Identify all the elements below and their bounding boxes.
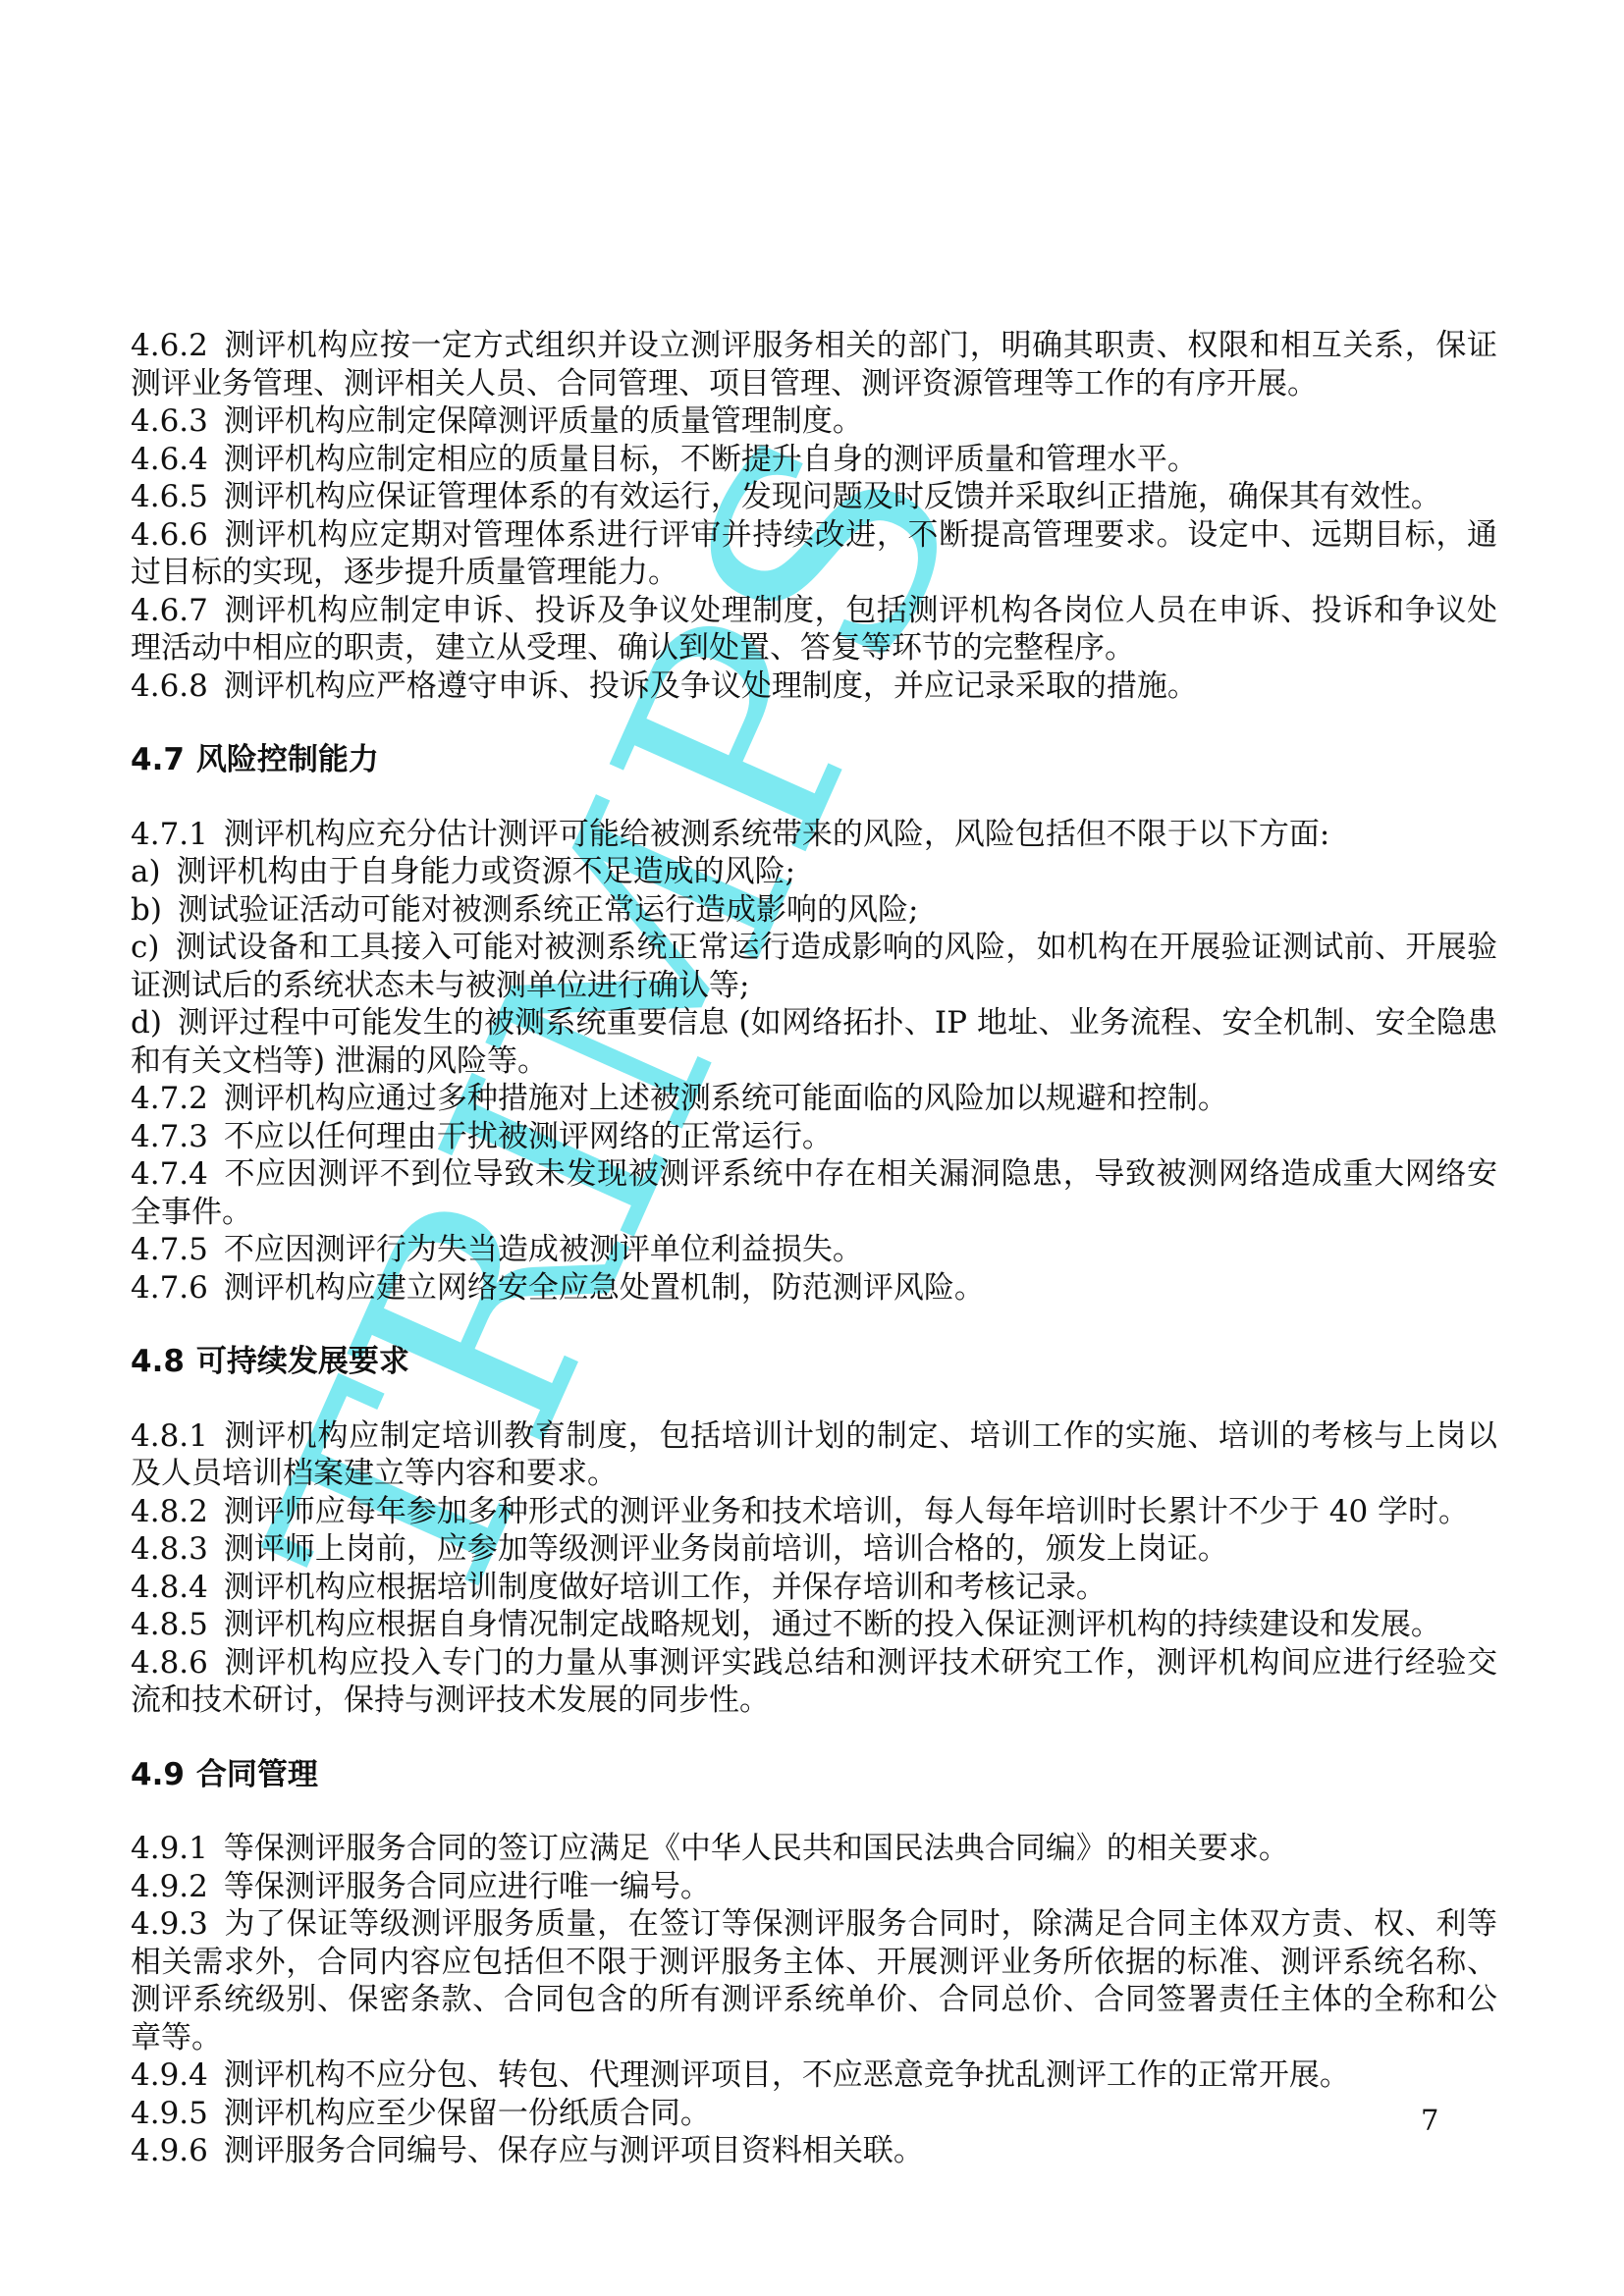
clause: 4.7.3不应以任何理由干扰被测评网络的正常运行。 <box>131 1118 1497 1156</box>
clause-number: 4.9.2 <box>131 1869 224 1904</box>
clause: 4.8.2测评师应每年参加多种形式的测评业务和技术培训，每人每年培训时长累计不少… <box>131 1493 1497 1531</box>
clause-number: 4.6.8 <box>131 668 224 704</box>
section-title: 可持续发展要求 <box>196 1344 409 1379</box>
clause-number: b) <box>131 892 178 928</box>
clause: 4.6.2测评机构应按一定方式组织并设立测评服务相关的部门，明确其职责、权限和相… <box>131 327 1497 402</box>
clause-number: 4.8.4 <box>131 1570 224 1605</box>
clause: 4.6.4测评机构应制定相应的质量目标，不断提升自身的测评质量和管理水平。 <box>131 441 1497 479</box>
clause-text: 不应因测评不到位导致未发现被测评系统中存在相关漏洞隐患，导致被测网络造成重大网络… <box>131 1156 1497 1230</box>
clause-number: 4.8.2 <box>131 1494 224 1529</box>
section-heading: 4.7风险控制能力 <box>131 741 1497 779</box>
clause: 4.8.3测评师上岗前，应参加等级测评业务岗前培训，培训合格的，颁发上岗证。 <box>131 1530 1497 1569</box>
clause: 4.8.1测评机构应制定培训教育制度，包括培训计划的制定、培训工作的实施、培训的… <box>131 1417 1497 1493</box>
clause: 4.9.6测评服务合同编号、保存应与测评项目资料相关联。 <box>131 2132 1497 2170</box>
section-heading: 4.9合同管理 <box>131 1756 1497 1794</box>
clause-text: 测评机构应制定保障测评质量的质量管理制度。 <box>224 403 863 439</box>
clause-text: 测评师上岗前，应参加等级测评业务岗前培训，培训合格的，颁发上岗证。 <box>224 1531 1228 1567</box>
clause-text: 测评师应每年参加多种形式的测评业务和技术培训，每人每年培训时长累计不少于 40 … <box>224 1494 1469 1529</box>
clause-text: 不应因测评行为失当造成被测评单位利益损失。 <box>224 1232 863 1267</box>
section-title: 风险控制能力 <box>196 742 379 777</box>
clause-number: 4.6.7 <box>131 593 224 628</box>
clause: 4.6.8测评机构应严格遵守申诉、投诉及争议处理制度，并应记录采取的措施。 <box>131 667 1497 706</box>
clause-number: 4.7.5 <box>131 1232 224 1267</box>
clause-number: 4.9.1 <box>131 1831 224 1866</box>
clause-number: 4.9.5 <box>131 2096 224 2131</box>
clause: 4.9.5测评机构应至少保留一份纸质合同。 <box>131 2095 1497 2133</box>
clause-text: 测评机构应制定相应的质量目标，不断提升自身的测评质量和管理水平。 <box>224 442 1198 477</box>
clause-text: 测评机构应定期对管理体系进行评审并持续改进，不断提高管理要求。设定中、远期目标，… <box>131 517 1497 591</box>
clause: 4.7.5不应因测评行为失当造成被测评单位利益损失。 <box>131 1231 1497 1269</box>
clause-text: 测评机构不应分包、转包、代理测评项目，不应恶意竞争扰乱测评工作的正常开展。 <box>224 2057 1350 2093</box>
clause-number: 4.6.5 <box>131 479 224 514</box>
clause-text: 测评机构应制定培训教育制度，包括培训计划的制定、培训工作的实施、培训的考核与上岗… <box>131 1418 1497 1492</box>
clause-number: 4.6.6 <box>131 517 224 553</box>
clause-number: 4.9.3 <box>131 1906 224 1942</box>
clause: 4.9.3为了保证等级测评服务质量，在签订等保测评服务合同时，除满足合同主体双方… <box>131 1905 1497 2056</box>
clause-text: 为了保证等级测评服务质量，在签订等保测评服务合同时，除满足合同主体双方责、权、利… <box>131 1906 1497 2056</box>
clause: d)测评过程中可能发生的被测系统重要信息 (如网络拓扑、IP 地址、业务流程、安… <box>131 1004 1497 1080</box>
clause-text: 测评机构应至少保留一份纸质合同。 <box>224 2096 711 2131</box>
clause: 4.9.4测评机构不应分包、转包、代理测评项目，不应恶意竞争扰乱测评工作的正常开… <box>131 2056 1497 2095</box>
clause-number: c) <box>131 930 175 965</box>
clause-number: 4.9.6 <box>131 2133 224 2168</box>
clause: 4.7.2测评机构应通过多种措施对上述被测系统可能面临的风险加以规避和控制。 <box>131 1080 1497 1118</box>
clause-text: 测试验证活动可能对被测系统正常运行造成影响的风险; <box>178 892 918 928</box>
clause-number: d) <box>131 1005 178 1041</box>
clause: 4.8.4测评机构应根据培训制度做好培训工作，并保存培训和考核记录。 <box>131 1569 1497 1607</box>
clause-text: 测评机构应按一定方式组织并设立测评服务相关的部门，明确其职责、权限和相互关系，保… <box>131 328 1497 401</box>
clause-number: 4.7.4 <box>131 1156 224 1192</box>
clause-text: 测评过程中可能发生的被测系统重要信息 (如网络拓扑、IP 地址、业务流程、安全机… <box>131 1005 1497 1079</box>
clause-number: a) <box>131 854 177 889</box>
clause-text: 测评机构由于自身能力或资源不足造成的风险; <box>177 854 795 889</box>
document-page: TRIMPS 4.6.2测评机构应按一定方式组织并设立测评服务相关的部门，明确其… <box>0 0 1624 2296</box>
clause-number: 4.8.6 <box>131 1645 224 1681</box>
clause-number: 4.7.1 <box>131 817 224 852</box>
document-content: 4.6.2测评机构应按一定方式组织并设立测评服务相关的部门，明确其职责、权限和相… <box>131 327 1497 2170</box>
clause-number: 4.7.6 <box>131 1270 224 1306</box>
clause-text: 测评机构应投入专门的力量从事测评实践总结和测评技术研究工作，测评机构间应进行经验… <box>131 1645 1497 1719</box>
clause-number: 4.7.3 <box>131 1119 224 1154</box>
clause-number: 4.6.2 <box>131 328 224 363</box>
clause: 4.8.5测评机构应根据自身情况制定战略规划，通过不断的投入保证测评机构的持续建… <box>131 1606 1497 1644</box>
section-heading: 4.8可持续发展要求 <box>131 1343 1497 1381</box>
clause-text: 不应以任何理由干扰被测评网络的正常运行。 <box>224 1119 833 1154</box>
clause-number: 4.8.5 <box>131 1607 224 1642</box>
section-title: 合同管理 <box>196 1757 318 1792</box>
clause: 4.7.4不应因测评不到位导致未发现被测评系统中存在相关漏洞隐患，导致被测网络造… <box>131 1155 1497 1231</box>
clause-text: 测评机构应建立网络安全应急处置机制，防范测评风险。 <box>224 1270 985 1306</box>
clause-text: 测评机构应严格遵守申诉、投诉及争议处理制度，并应记录采取的措施。 <box>224 668 1198 704</box>
clause: 4.9.2等保测评服务合同应进行唯一编号。 <box>131 1868 1497 1906</box>
clause: 4.7.1测评机构应充分估计测评可能给被测系统带来的风险，风险包括但不限于以下方… <box>131 816 1497 854</box>
clause: c)测试设备和工具接入可能对被测系统正常运行造成影响的风险，如机构在开展验证测试… <box>131 929 1497 1004</box>
clause-number: 4.9.4 <box>131 2057 224 2093</box>
clause: 4.8.6测评机构应投入专门的力量从事测评实践总结和测评技术研究工作，测评机构间… <box>131 1644 1497 1720</box>
clause-text: 测评机构应根据自身情况制定战略规划，通过不断的投入保证测评机构的持续建设和发展。 <box>224 1607 1441 1642</box>
section-number: 4.9 <box>131 1757 196 1792</box>
clause-text: 测评机构应根据培训制度做好培训工作，并保存培训和考核记录。 <box>224 1570 1107 1605</box>
clause-text: 测评机构应通过多种措施对上述被测系统可能面临的风险加以规避和控制。 <box>224 1081 1228 1116</box>
clause-text: 测评服务合同编号、保存应与测评项目资料相关联。 <box>224 2133 924 2168</box>
clause-number: 4.8.1 <box>131 1418 224 1454</box>
clause-number: 4.7.2 <box>131 1081 224 1116</box>
clause: a)测评机构由于自身能力或资源不足造成的风险; <box>131 853 1497 891</box>
clause-text: 测评机构应保证管理体系的有效运行，发现问题及时反馈并采取纠正措施，确保其有效性。 <box>224 479 1441 514</box>
clause: 4.6.3测评机构应制定保障测评质量的质量管理制度。 <box>131 402 1497 441</box>
clause: 4.6.6测评机构应定期对管理体系进行评审并持续改进，不断提高管理要求。设定中、… <box>131 516 1497 592</box>
clause-number: 4.6.4 <box>131 442 224 477</box>
clause-text: 测评机构应充分估计测评可能给被测系统带来的风险，风险包括但不限于以下方面: <box>224 817 1329 852</box>
clause: 4.6.5测评机构应保证管理体系的有效运行，发现问题及时反馈并采取纠正措施，确保… <box>131 478 1497 516</box>
clause: 4.9.1等保测评服务合同的签订应满足《中华人民共和国民法典合同编》的相关要求。 <box>131 1830 1497 1868</box>
clause-text: 等保测评服务合同应进行唯一编号。 <box>224 1869 711 1904</box>
page-number: 7 <box>1421 2104 1438 2137</box>
clause-text: 等保测评服务合同的签订应满足《中华人民共和国民法典合同编》的相关要求。 <box>224 1831 1289 1866</box>
clause-text: 测评机构应制定申诉、投诉及争议处理制度，包括测评机构各岗位人员在申诉、投诉和争议… <box>131 593 1497 667</box>
section-number: 4.7 <box>131 742 196 777</box>
section-number: 4.8 <box>131 1344 196 1379</box>
clause-text: 测试设备和工具接入可能对被测系统正常运行造成影响的风险，如机构在开展验证测试前、… <box>131 930 1497 1003</box>
clause-number: 4.6.3 <box>131 403 224 439</box>
clause-number: 4.8.3 <box>131 1531 224 1567</box>
clause: 4.7.6测评机构应建立网络安全应急处置机制，防范测评风险。 <box>131 1269 1497 1308</box>
clause: b)测试验证活动可能对被测系统正常运行造成影响的风险; <box>131 891 1497 930</box>
clause: 4.6.7测评机构应制定申诉、投诉及争议处理制度，包括测评机构各岗位人员在申诉、… <box>131 592 1497 667</box>
